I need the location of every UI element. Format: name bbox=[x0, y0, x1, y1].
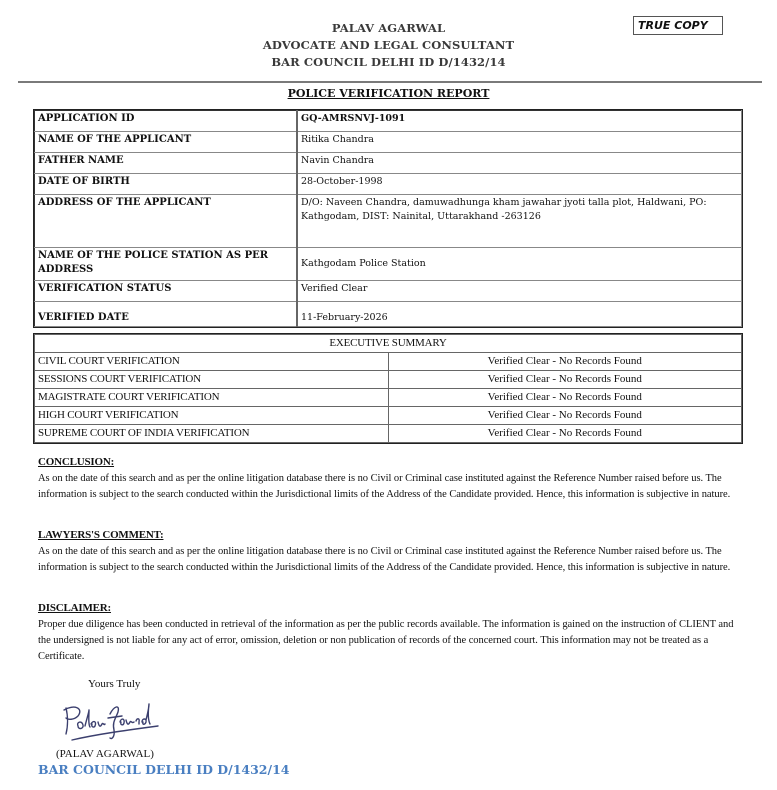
lawyers-comment-body: As on the date of this search and as per… bbox=[38, 544, 738, 576]
summary-value: Verified Clear - No Records Found bbox=[388, 371, 742, 389]
advocate-designation: ADVOCATE AND LEGAL CONSULTANT bbox=[0, 37, 777, 54]
detail-label: APPLICATION ID bbox=[35, 111, 298, 132]
conclusion-section: CONCLUSION: As on the date of this searc… bbox=[38, 454, 738, 503]
detail-value: 28-October-1998 bbox=[297, 174, 742, 195]
detail-value: 11-February-2026 bbox=[297, 302, 742, 327]
detail-label: NAME OF THE POLICE STATION AS PER ADDRES… bbox=[35, 248, 298, 281]
table-row: NAME OF THE POLICE STATION AS PER ADDRES… bbox=[35, 248, 742, 281]
conclusion-body: As on the date of this search and as per… bbox=[38, 471, 738, 503]
table-row: FATHER NAME Navin Chandra bbox=[35, 153, 742, 174]
summary-value: Verified Clear - No Records Found bbox=[388, 425, 742, 443]
summary-label: SUPREME COURT OF INDIA VERIFICATION bbox=[35, 425, 389, 443]
signer-bar-id: BAR COUNCIL DELHI ID D/1432/14 bbox=[38, 762, 289, 777]
summary-value: Verified Clear - No Records Found bbox=[388, 353, 742, 371]
table-row: HIGH COURT VERIFICATION Verified Clear -… bbox=[35, 407, 742, 425]
closing-text: Yours Truly bbox=[88, 678, 140, 690]
detail-value: Kathgodam Police Station bbox=[297, 248, 742, 281]
table-row: MAGISTRATE COURT VERIFICATION Verified C… bbox=[35, 389, 742, 407]
table-row: SESSIONS COURT VERIFICATION Verified Cle… bbox=[35, 371, 742, 389]
table-row: ADDRESS OF THE APPLICANT D/O: Naveen Cha… bbox=[35, 195, 742, 248]
summary-label: HIGH COURT VERIFICATION bbox=[35, 407, 389, 425]
summary-value: Verified Clear - No Records Found bbox=[388, 407, 742, 425]
conclusion-heading: CONCLUSION: bbox=[38, 454, 738, 470]
summary-label: SESSIONS COURT VERIFICATION bbox=[35, 371, 389, 389]
detail-value: D/O: Naveen Chandra, damuwadhunga kham j… bbox=[297, 195, 742, 248]
detail-value: Navin Chandra bbox=[297, 153, 742, 174]
table-row: CIVIL COURT VERIFICATION Verified Clear … bbox=[35, 353, 742, 371]
detail-label: DATE OF BIRTH bbox=[35, 174, 298, 195]
summary-label: CIVIL COURT VERIFICATION bbox=[35, 353, 389, 371]
disclaimer-body: Proper due diligence has been conducted … bbox=[38, 617, 738, 665]
signer-name: (PALAV AGARWAL) bbox=[56, 748, 154, 760]
advocate-bar-id: BAR COUNCIL DELHI ID D/1432/14 bbox=[0, 54, 777, 71]
header-divider bbox=[18, 81, 762, 83]
applicant-details-table: APPLICATION ID GQ-AMRSNVJ-1091 NAME OF T… bbox=[34, 110, 742, 327]
disclaimer-section: DISCLAIMER: Proper due diligence has bee… bbox=[38, 600, 738, 665]
table-row: APPLICATION ID GQ-AMRSNVJ-1091 bbox=[35, 111, 742, 132]
signature-icon bbox=[58, 700, 168, 748]
summary-value: Verified Clear - No Records Found bbox=[388, 389, 742, 407]
detail-value: Verified Clear bbox=[297, 281, 742, 302]
detail-label: FATHER NAME bbox=[35, 153, 298, 174]
table-row: VERIFICATION STATUS Verified Clear bbox=[35, 281, 742, 302]
summary-label: MAGISTRATE COURT VERIFICATION bbox=[35, 389, 389, 407]
table-row: NAME OF THE APPLICANT Ritika Chandra bbox=[35, 132, 742, 153]
disclaimer-heading: DISCLAIMER: bbox=[38, 600, 738, 616]
table-row: DATE OF BIRTH 28-October-1998 bbox=[35, 174, 742, 195]
table-row: VERIFIED DATE 11-February-2026 bbox=[35, 302, 742, 327]
detail-label: VERIFIED DATE bbox=[35, 302, 298, 327]
report-title: POLICE VERIFICATION REPORT bbox=[0, 87, 777, 100]
detail-value: Ritika Chandra bbox=[297, 132, 742, 153]
executive-summary-table: EXECUTIVE SUMMARY CIVIL COURT VERIFICATI… bbox=[34, 334, 742, 443]
detail-value: GQ-AMRSNVJ-1091 bbox=[297, 111, 742, 132]
true-copy-stamp: TRUE COPY bbox=[633, 16, 723, 35]
summary-title: EXECUTIVE SUMMARY bbox=[35, 335, 742, 353]
detail-label: VERIFICATION STATUS bbox=[35, 281, 298, 302]
detail-label: NAME OF THE APPLICANT bbox=[35, 132, 298, 153]
table-row: SUPREME COURT OF INDIA VERIFICATION Veri… bbox=[35, 425, 742, 443]
lawyers-comment-section: LAWYERS'S COMMENT: As on the date of thi… bbox=[38, 527, 738, 576]
summary-header-row: EXECUTIVE SUMMARY bbox=[35, 335, 742, 353]
lawyers-comment-heading: LAWYERS'S COMMENT: bbox=[38, 527, 738, 543]
detail-label: ADDRESS OF THE APPLICANT bbox=[35, 195, 298, 248]
